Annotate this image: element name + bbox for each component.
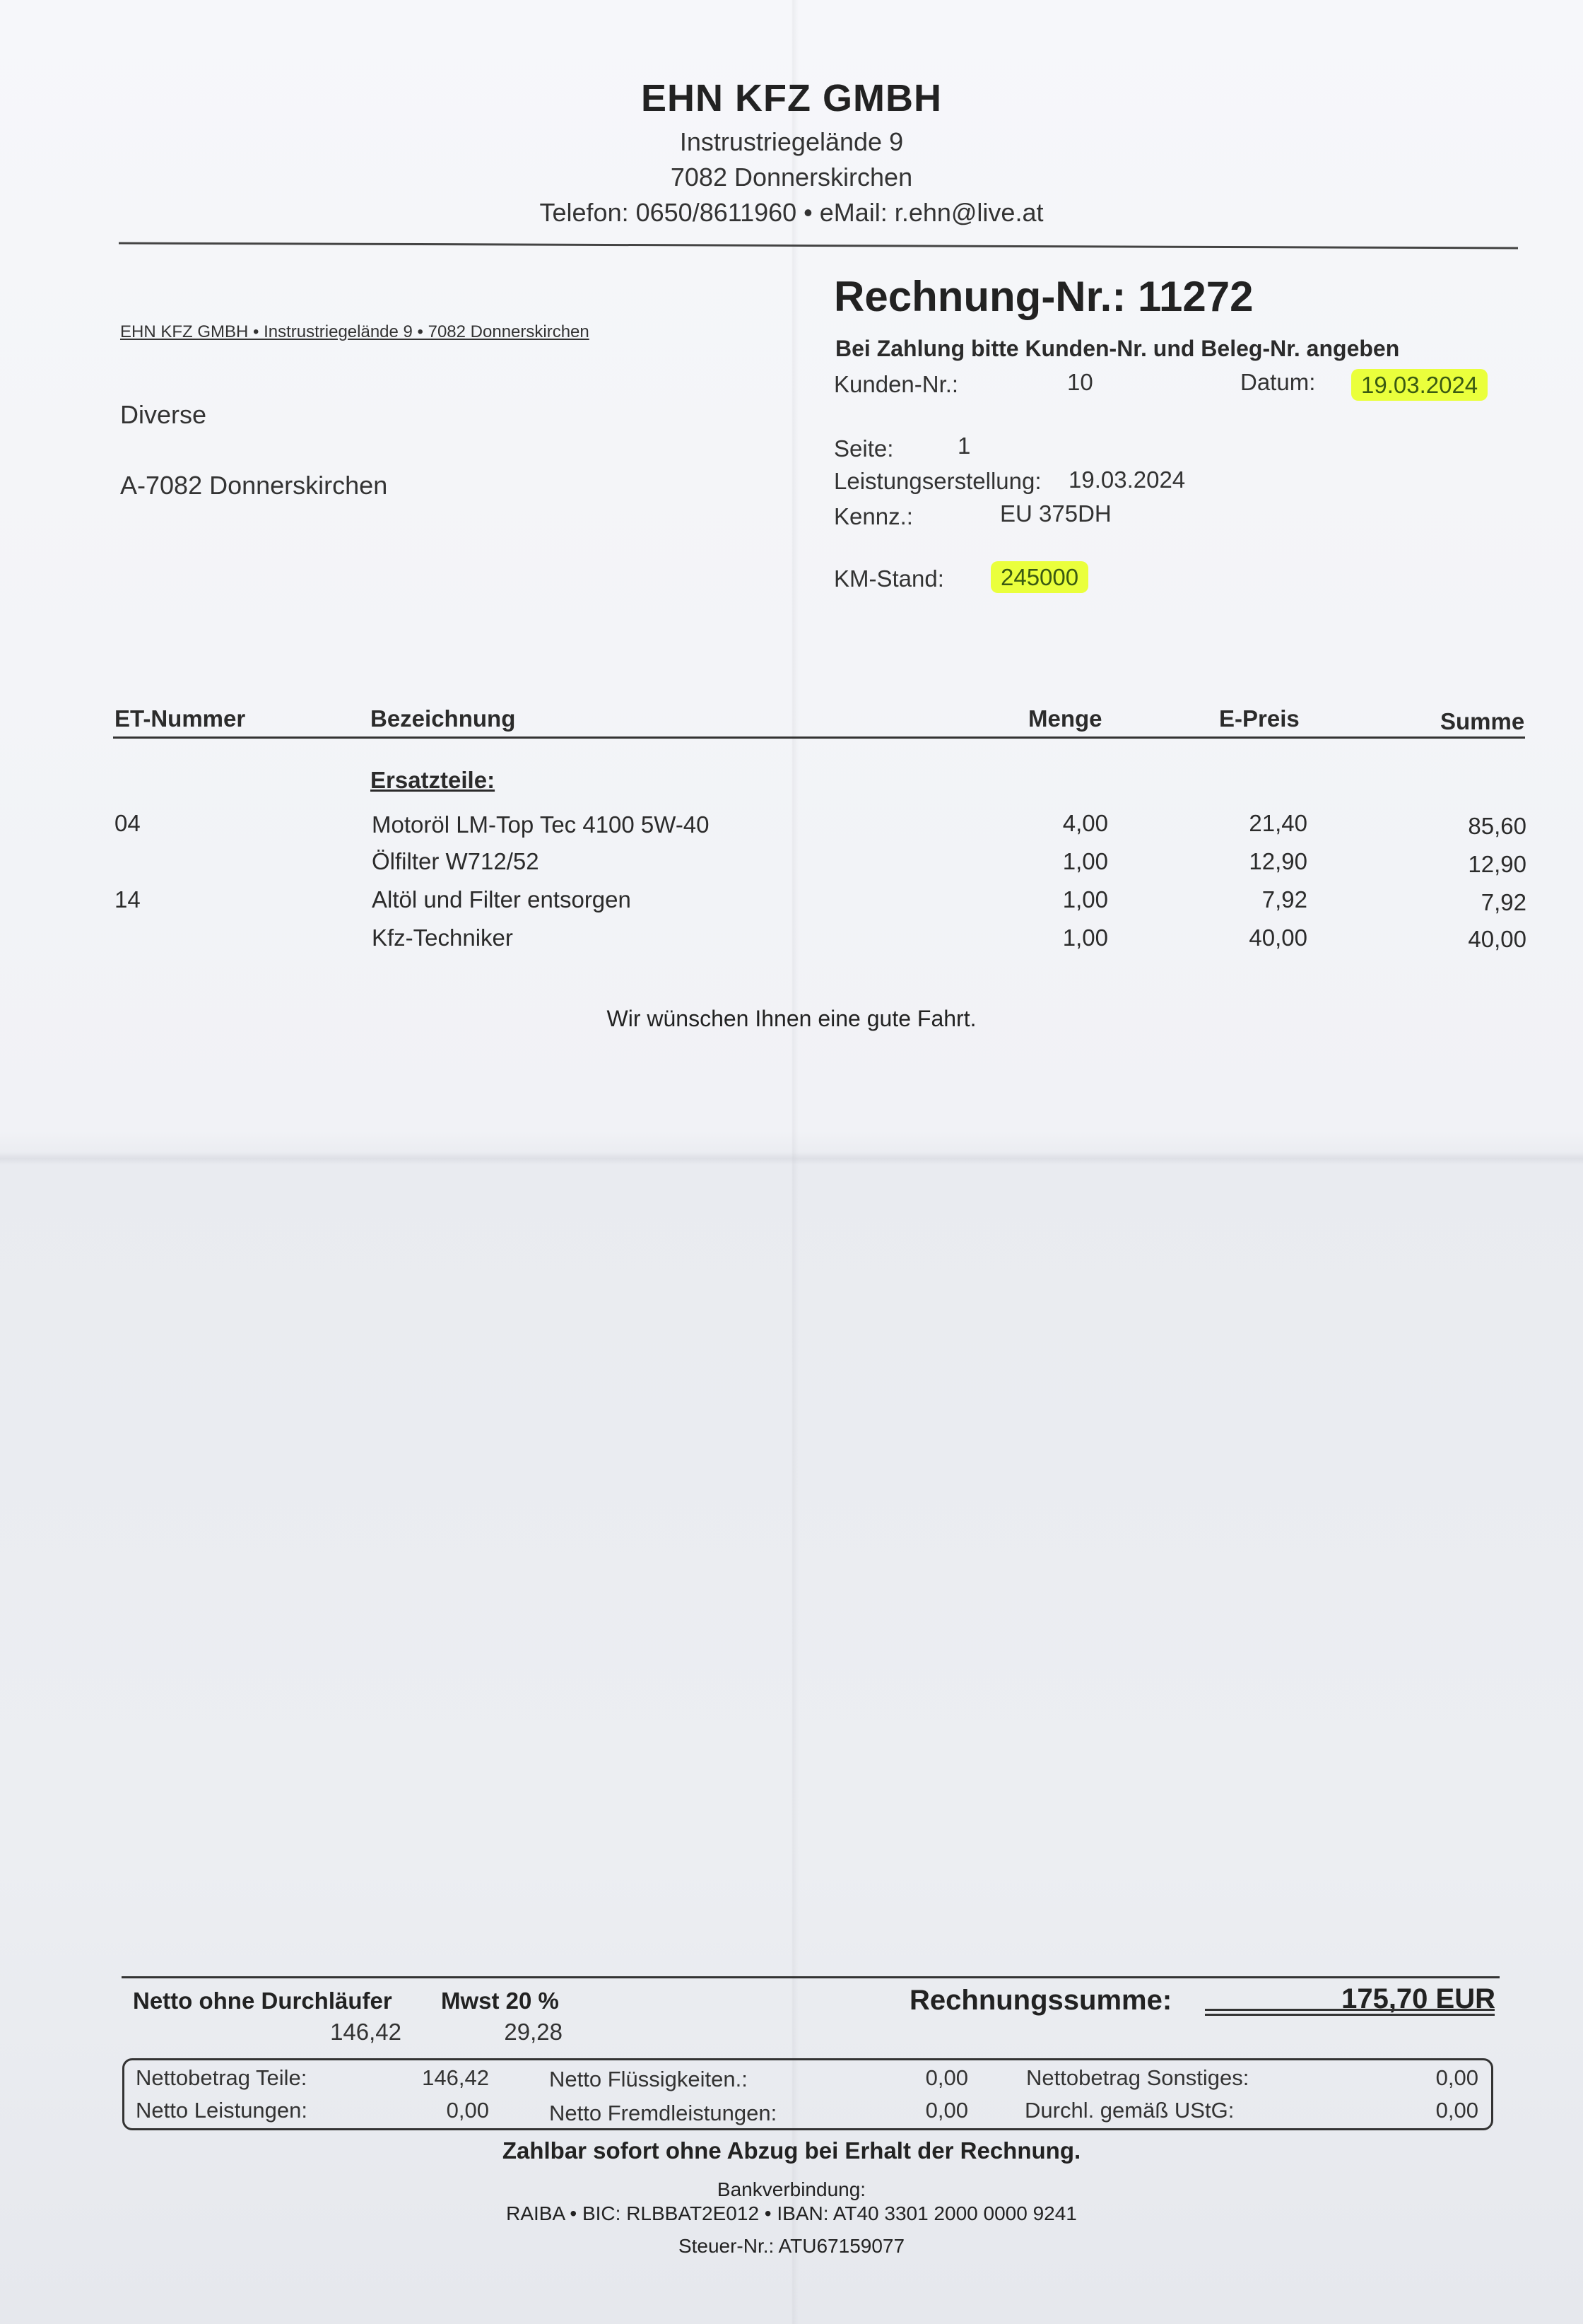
km-value: 245000 (991, 564, 1088, 591)
company-contact: Telefon: 0650/8611960 • eMail: r.ehn@liv… (0, 198, 1583, 228)
col-et-number: ET-Nummer (114, 705, 245, 732)
fluids-net-label: Netto Flüssigkeiten.: (549, 2067, 748, 2092)
row-qty: 1,00 (1063, 886, 1108, 913)
company-street: Instrustriegelände 9 (0, 127, 1583, 157)
col-sum: Summe (1440, 708, 1524, 735)
row-et: 14 (114, 886, 141, 913)
parts-net-value: 146,42 (422, 2065, 489, 2091)
sender-address-line: EHN KFZ GMBH • Instrustriegelände 9 • 70… (120, 322, 589, 342)
row-desc: Altöl und Filter entsorgen (372, 886, 631, 913)
row-unit: 21,40 (1249, 810, 1307, 837)
col-quantity: Menge (1028, 705, 1102, 732)
paper-fold (0, 1152, 1583, 1165)
invoice-total-label: Rechnungssumme: (910, 1985, 1172, 2017)
row-unit: 12,90 (1249, 848, 1307, 875)
row-unit: 40,00 (1249, 925, 1307, 951)
customer-number-label: Kunden-Nr.: (834, 371, 958, 398)
table-header-divider (113, 736, 1525, 739)
date-value: 19.03.2024 (1351, 372, 1488, 399)
passthrough-value: 0,00 (1436, 2098, 1478, 2123)
company-city: 7082 Donnerskirchen (0, 163, 1583, 192)
section-heading-parts: Ersatzteile: (370, 767, 495, 794)
tax-id: Steuer-Nr.: ATU67159077 (0, 2235, 1583, 2258)
row-qty: 1,00 (1063, 848, 1108, 875)
row-desc: Motoröl LM-Top Tec 4100 5W-40 (372, 811, 710, 838)
row-et: 04 (114, 810, 141, 837)
services-net-value: 0,00 (447, 2098, 489, 2123)
payment-terms: Zahlbar sofort ohne Abzug bei Erhalt der… (0, 2137, 1583, 2164)
recipient-city: A-7082 Donnerskirchen (120, 471, 387, 500)
row-sum: 7,92 (1481, 889, 1526, 916)
date-highlight: 19.03.2024 (1351, 369, 1488, 401)
col-unit-price: E-Preis (1219, 705, 1300, 732)
row-sum: 85,60 (1468, 813, 1526, 840)
payment-reference-note: Bei Zahlung bitte Kunden-Nr. und Beleg-N… (835, 336, 1399, 362)
row-qty: 4,00 (1063, 810, 1108, 837)
bank-label: Bankverbindung: (0, 2178, 1583, 2201)
passthrough-label: Durchl. gemäß UStG: (1025, 2098, 1234, 2123)
page-label: Seite: (834, 435, 893, 462)
col-description: Bezeichnung (370, 705, 515, 732)
km-label: KM-Stand: (834, 565, 944, 592)
total-double-underline (1205, 2009, 1495, 2016)
closing-greeting: Wir wünschen Ihnen eine gute Fahrt. (0, 1006, 1583, 1032)
parts-net-label: Nettobetrag Teile: (136, 2065, 307, 2091)
row-sum: 40,00 (1468, 926, 1526, 953)
plate-label: Kennz.: (834, 503, 913, 530)
vat-value: 29,28 (504, 2019, 563, 2046)
row-unit: 7,92 (1262, 886, 1307, 913)
vat-label: Mwst 20 % (441, 1988, 559, 2014)
net-value: 146,42 (330, 2019, 401, 2046)
row-qty: 1,00 (1063, 925, 1108, 951)
row-desc: Ölfilter W712/52 (372, 848, 539, 875)
service-date-value: 19.03.2024 (1069, 466, 1185, 493)
fluids-net-value: 0,00 (926, 2065, 968, 2091)
other-net-value: 0,00 (1436, 2065, 1478, 2091)
row-desc: Kfz-Techniker (372, 925, 513, 951)
net-breakdown-box (122, 2058, 1493, 2130)
external-net-value: 0,00 (926, 2098, 968, 2123)
bank-details: RAIBA • BIC: RLBBAT2E012 • IBAN: AT40 33… (0, 2202, 1583, 2225)
service-date-label: Leistungserstellung: (834, 468, 1042, 495)
page-value: 1 (958, 433, 970, 459)
company-name: EHN KFZ GMBH (0, 76, 1583, 120)
recipient-name: Diverse (120, 400, 206, 430)
services-net-label: Netto Leistungen: (136, 2098, 307, 2123)
invoice-number-title: Rechnung-Nr.: 11272 (834, 272, 1254, 321)
date-label: Datum: (1240, 369, 1315, 396)
net-label: Netto ohne Durchläufer (133, 1988, 392, 2014)
plate-value: EU 375DH (1000, 500, 1112, 527)
other-net-label: Nettobetrag Sonstiges: (1026, 2065, 1249, 2091)
row-sum: 12,90 (1468, 851, 1526, 878)
external-net-label: Netto Fremdleistungen: (549, 2101, 777, 2126)
customer-number-value: 10 (1067, 369, 1093, 396)
totals-divider (122, 1976, 1500, 1978)
km-highlight: 245000 (991, 561, 1088, 593)
